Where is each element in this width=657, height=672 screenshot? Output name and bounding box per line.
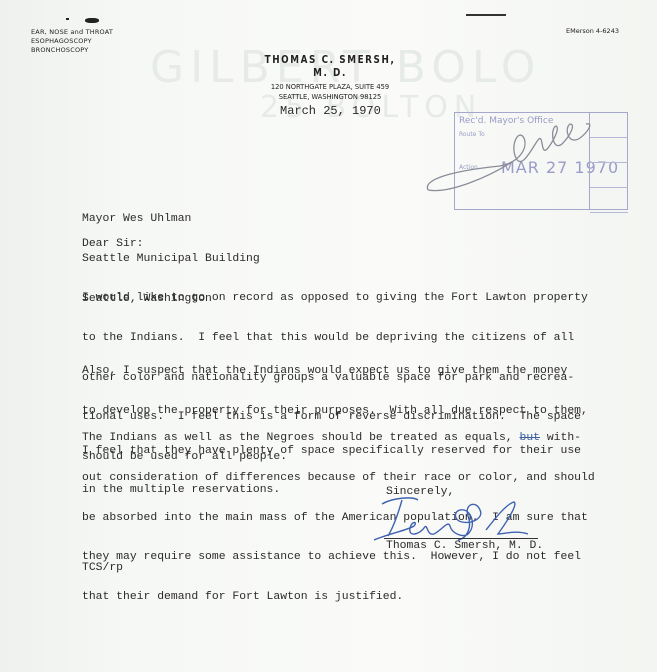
signer-name: Thomas C. Smersh, M. D.: [386, 540, 543, 552]
specialty-line: BRONCHOSCOPY: [31, 46, 113, 55]
address-line: SEATTLE, WASHINGTON 98125: [240, 92, 420, 102]
body-line: that their demand for Fort Lawton is jus…: [82, 591, 595, 604]
specialty-line: EAR, NOSE and THROAT: [31, 28, 113, 37]
letter-date: March 25, 1970: [280, 104, 381, 118]
body-line: Also, I suspect that the Indians would e…: [82, 365, 588, 378]
letterhead-name: THOMAS C. SMERSH, M. D.: [258, 53, 402, 79]
recipient-line: Seattle Municipal Building: [82, 253, 260, 266]
text-segment: The Indians as well as the Negroes shoul…: [82, 432, 519, 444]
letterhead-address: 120 NORTHGATE PLAZA, SUITE 459 SEATTLE, …: [240, 82, 420, 102]
body-line: they may require some assistance to achi…: [82, 551, 595, 564]
letterhead: THOMAS C. SMERSH, M. D. 120 NORTHGATE PL…: [240, 53, 420, 102]
ink-spot: [85, 18, 99, 23]
address-line: 120 NORTHGATE PLAZA, SUITE 459: [240, 82, 420, 92]
recipient-line: Mayor Wes Uhlman: [82, 213, 260, 226]
phone-number: EMerson 4-6243: [566, 27, 619, 35]
punch-mark: [466, 14, 506, 16]
struck-word: but: [519, 432, 540, 444]
typist-initials: TCS/rp: [82, 562, 123, 574]
specialty-line: ESOPHAGOSCOPY: [31, 37, 113, 46]
salutation: Dear Sir:: [82, 238, 144, 251]
body-line: I would like to go on record as opposed …: [82, 292, 588, 305]
specialties: EAR, NOSE and THROAT ESOPHAGOSCOPY BRONC…: [31, 28, 113, 55]
text-segment: with-: [540, 432, 581, 444]
handwritten-initials-icon: [420, 118, 600, 198]
signature-line: [384, 538, 538, 539]
letter-page: GILBERT BOLO 25 BOLTON EAR, NOSE and THR…: [0, 0, 657, 672]
body-line: The Indians as well as the Negroes shoul…: [82, 432, 595, 445]
body-line: out consideration of differences because…: [82, 472, 595, 485]
ink-spot: [66, 18, 69, 20]
